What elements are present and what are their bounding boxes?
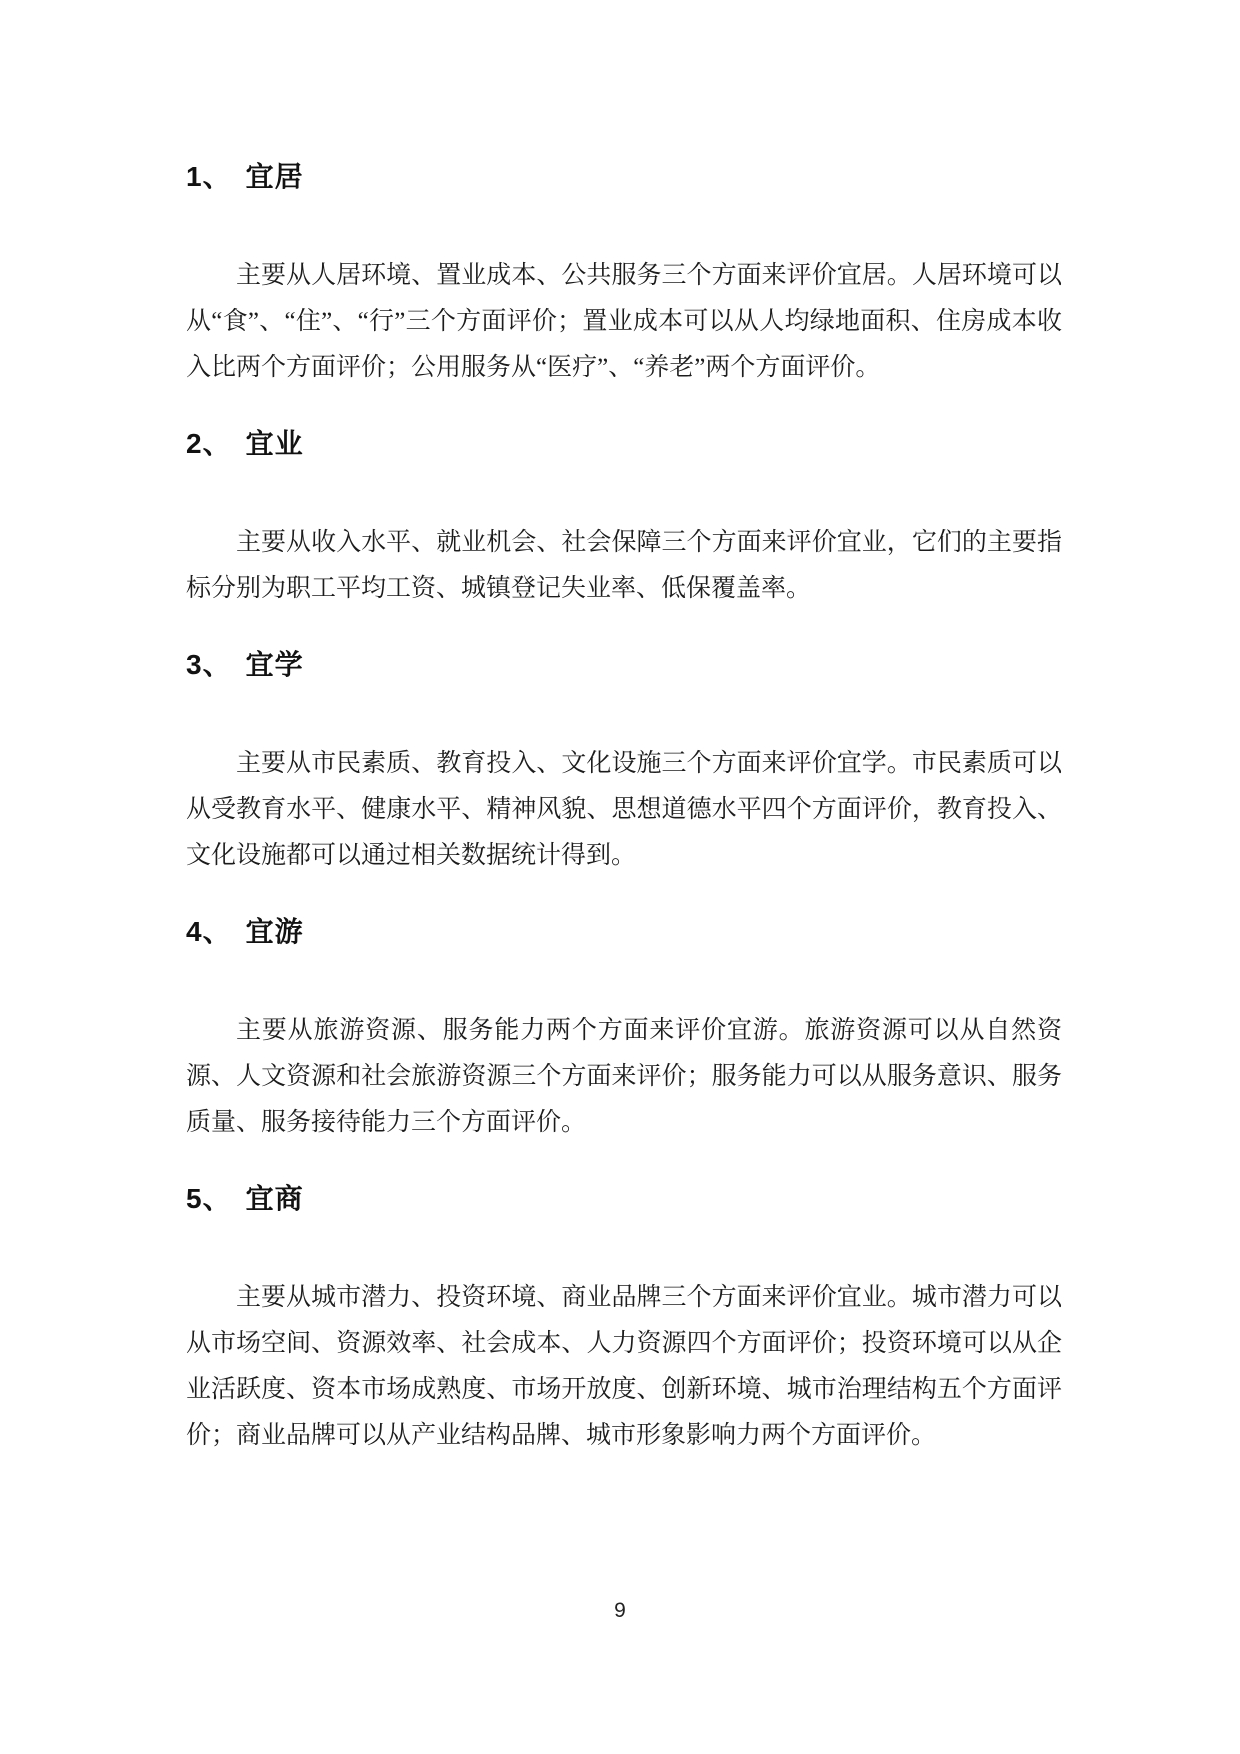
section-2-heading: 2、宜业 <box>186 427 1062 462</box>
section-commerce: 5、宜商 主要从城市潜力、投资环境、商业品牌三个方面来评价宜业。城市潜力可以从市… <box>186 1182 1062 1459</box>
section-3-title: 宜学 <box>246 650 304 681</box>
section-1-paragraph: 主要从人居环境、置业成本、公共服务三个方面来评价宜居。人居环境可以从“食”、“住… <box>186 253 1062 391</box>
document-page: 1、宜居 主要从人居环境、置业成本、公共服务三个方面来评价宜居。人居环境可以从“… <box>0 0 1240 1754</box>
section-4-paragraph: 主要从旅游资源、服务能力两个方面来评价宜游。旅游资源可以从自然资源、人文资源和社… <box>186 1008 1062 1146</box>
section-2-number: 2、 <box>186 428 232 459</box>
section-tourism: 4、宜游 主要从旅游资源、服务能力两个方面来评价宜游。旅游资源可以从自然资源、人… <box>186 915 1062 1146</box>
section-5-number: 5、 <box>186 1183 232 1214</box>
section-3-heading: 3、宜学 <box>186 648 1062 683</box>
section-2-paragraph: 主要从收入水平、就业机会、社会保障三个方面来评价宜业，它们的主要指标分别为职工平… <box>186 520 1062 612</box>
section-1-number: 1、 <box>186 161 232 192</box>
section-education: 3、宜学 主要从市民素质、教育投入、文化设施三个方面来评价宜学。市民素质可以从受… <box>186 648 1062 879</box>
section-3-number: 3、 <box>186 649 232 680</box>
section-4-number: 4、 <box>186 916 232 947</box>
section-1-heading: 1、宜居 <box>186 160 1062 195</box>
section-3-paragraph: 主要从市民素质、教育投入、文化设施三个方面来评价宜学。市民素质可以从受教育水平、… <box>186 741 1062 879</box>
section-5-title: 宜商 <box>246 1184 304 1215</box>
section-4-heading: 4、宜游 <box>186 915 1062 950</box>
section-5-paragraph: 主要从城市潜力、投资环境、商业品牌三个方面来评价宜业。城市潜力可以从市场空间、资… <box>186 1275 1062 1459</box>
section-5-heading: 5、宜商 <box>186 1182 1062 1217</box>
page-number: 9 <box>0 1598 1240 1624</box>
section-livability: 1、宜居 主要从人居环境、置业成本、公共服务三个方面来评价宜居。人居环境可以从“… <box>186 160 1062 391</box>
section-business-employment: 2、宜业 主要从收入水平、就业机会、社会保障三个方面来评价宜业，它们的主要指标分… <box>186 427 1062 612</box>
page-content: 1、宜居 主要从人居环境、置业成本、公共服务三个方面来评价宜居。人居环境可以从“… <box>186 160 1062 1495</box>
section-2-title: 宜业 <box>246 429 304 460</box>
section-4-title: 宜游 <box>246 917 304 948</box>
section-1-title: 宜居 <box>246 162 304 193</box>
